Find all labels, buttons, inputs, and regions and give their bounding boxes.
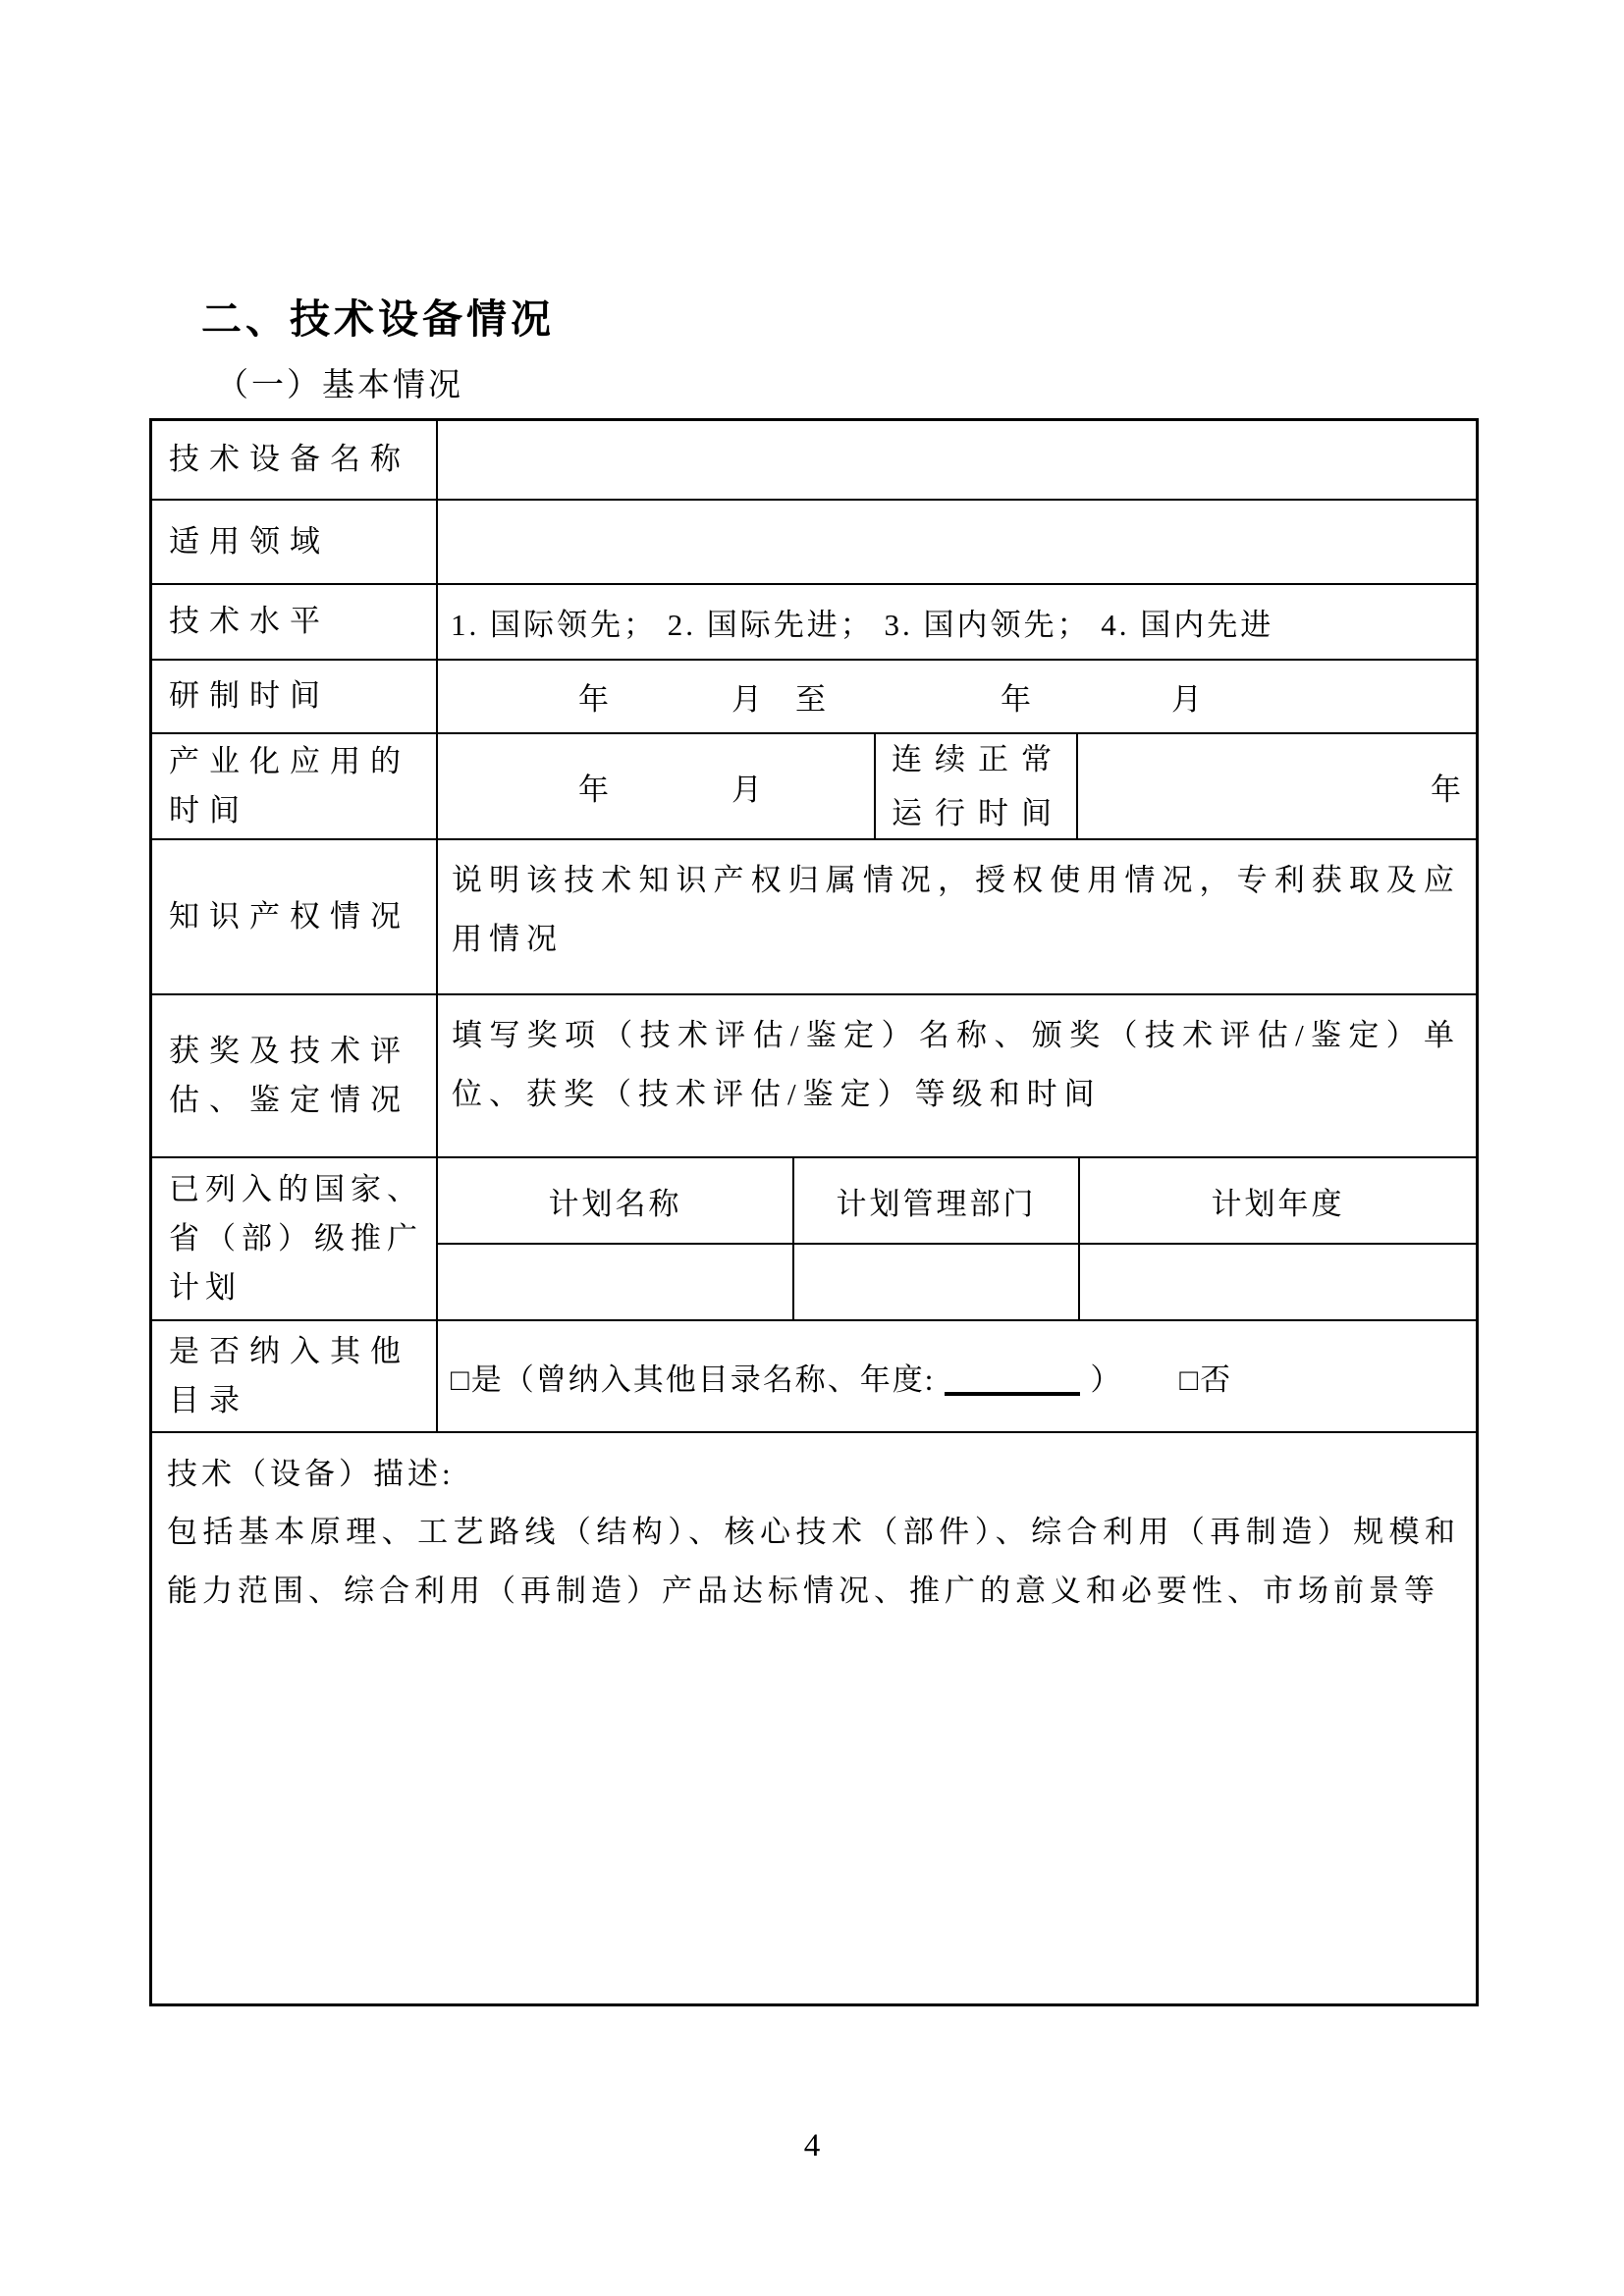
subsection-title: （一）基本情况	[216, 359, 463, 405]
table-row-industrialization: 产业化应用的时间 年 月 连续正常运行时间 年	[152, 732, 1476, 838]
table-row-device-name: 技术设备名称	[152, 421, 1476, 499]
industrialization-year: 年	[578, 765, 609, 809]
catalog-fill-in-blank	[945, 1357, 1080, 1396]
table-row-promotion-plan: 已列入的国家、省（部）级推广计划 计划名称 计划管理部门 计划年度	[152, 1156, 1476, 1319]
ip-status-instructions: 说明该技术知识产权归属情况，授权使用情况，专利获取及应用情况	[436, 840, 1476, 993]
table-row-development-time: 研制时间 年 月 至 年 月	[152, 659, 1476, 732]
plan-department-value-cell	[792, 1245, 1078, 1319]
plan-name-value-cell	[438, 1245, 792, 1319]
dev-time-month-from: 月	[731, 674, 762, 719]
promotion-plan-subtable: 计划名称 计划管理部门 计划年度	[436, 1158, 1476, 1319]
catalog-yes-checkbox-option: □是（曾纳入其他目录名称、年度:	[451, 1355, 935, 1399]
development-time-label: 研制时间	[152, 661, 436, 732]
dev-time-year-to: 年	[1001, 674, 1031, 719]
runtime-label: 连续正常运行时间	[874, 734, 1076, 838]
tech-level-options: 1. 国际领先； 2. 国际先进； 3. 国内领先； 4. 国内先进	[436, 585, 1476, 659]
catalog-no-checkbox-option: □否	[1179, 1355, 1232, 1399]
tech-level-label: 技术水平	[152, 585, 436, 659]
plan-name-header: 计划名称	[438, 1158, 792, 1243]
industrialization-date-cell: 年 月	[436, 734, 874, 838]
dev-time-to: 至	[795, 674, 826, 719]
catalog-yes-close-paren: ）	[1090, 1355, 1122, 1399]
plan-value-row	[438, 1243, 1476, 1319]
application-field-label: 适用领域	[152, 501, 436, 583]
table-row-awards: 获奖及技术评估、鉴定情况 填写奖项（技术评估/鉴定）名称、颁奖（技术评估/鉴定）…	[152, 993, 1476, 1156]
dev-time-month-to: 月	[1171, 674, 1202, 719]
table-row-description: 技术（设备）描述: 包括基本原理、工艺路线（结构）、核心技术（部件）、综合利用（…	[152, 1431, 1476, 2003]
dev-time-year-from: 年	[578, 674, 609, 719]
plan-department-header: 计划管理部门	[792, 1158, 1078, 1243]
plan-header-row: 计划名称 计划管理部门 计划年度	[438, 1158, 1476, 1243]
description-title: 技术（设备）描述:	[167, 1446, 1460, 1503]
page-number: 4	[0, 2128, 1624, 2164]
ip-status-label: 知识产权情况	[152, 840, 436, 993]
industrialization-month: 月	[731, 765, 762, 809]
table-row-other-catalog: 是否纳入其他目录 □是（曾纳入其他目录名称、年度: ） □否	[152, 1319, 1476, 1431]
section-title: 二、技术设备情况	[201, 287, 555, 345]
table-row-tech-level: 技术水平 1. 国际领先； 2. 国际先进； 3. 国内领先； 4. 国内先进	[152, 583, 1476, 659]
basic-info-table: 技术设备名称 适用领域 技术水平 1. 国际领先； 2. 国际先进； 3. 国内…	[149, 418, 1479, 2006]
development-time-value-cell: 年 月 至 年 月	[436, 661, 1476, 732]
device-name-label: 技术设备名称	[152, 421, 436, 499]
application-field-value-cell	[436, 501, 1476, 583]
table-row-ip-status: 知识产权情况 说明该技术知识产权归属情况，授权使用情况，专利获取及应用情况	[152, 838, 1476, 993]
plan-year-header: 计划年度	[1078, 1158, 1476, 1243]
plan-year-value-cell	[1078, 1245, 1476, 1319]
awards-instructions: 填写奖项（技术评估/鉴定）名称、颁奖（技术评估/鉴定）单位、获奖（技术评估/鉴定…	[436, 995, 1476, 1156]
description-instructions: 包括基本原理、工艺路线（结构）、核心技术（部件）、综合利用（再制造）规模和能力范…	[167, 1503, 1460, 1621]
promotion-plan-label: 已列入的国家、省（部）级推广计划	[152, 1158, 436, 1319]
runtime-value-cell: 年	[1076, 734, 1476, 838]
awards-label: 获奖及技术评估、鉴定情况	[152, 995, 436, 1156]
document-page: 二、技术设备情况 （一）基本情况 技术设备名称 适用领域 技术水平 1. 国际领…	[0, 0, 1624, 2296]
industrialization-label: 产业化应用的时间	[152, 734, 436, 838]
other-catalog-label: 是否纳入其他目录	[152, 1321, 436, 1431]
device-name-value-cell	[436, 421, 1476, 499]
table-row-application-field: 适用领域	[152, 499, 1476, 583]
description-cell: 技术（设备）描述: 包括基本原理、工艺路线（结构）、核心技术（部件）、综合利用（…	[152, 1433, 1476, 2003]
other-catalog-options: □是（曾纳入其他目录名称、年度: ） □否	[436, 1321, 1476, 1431]
